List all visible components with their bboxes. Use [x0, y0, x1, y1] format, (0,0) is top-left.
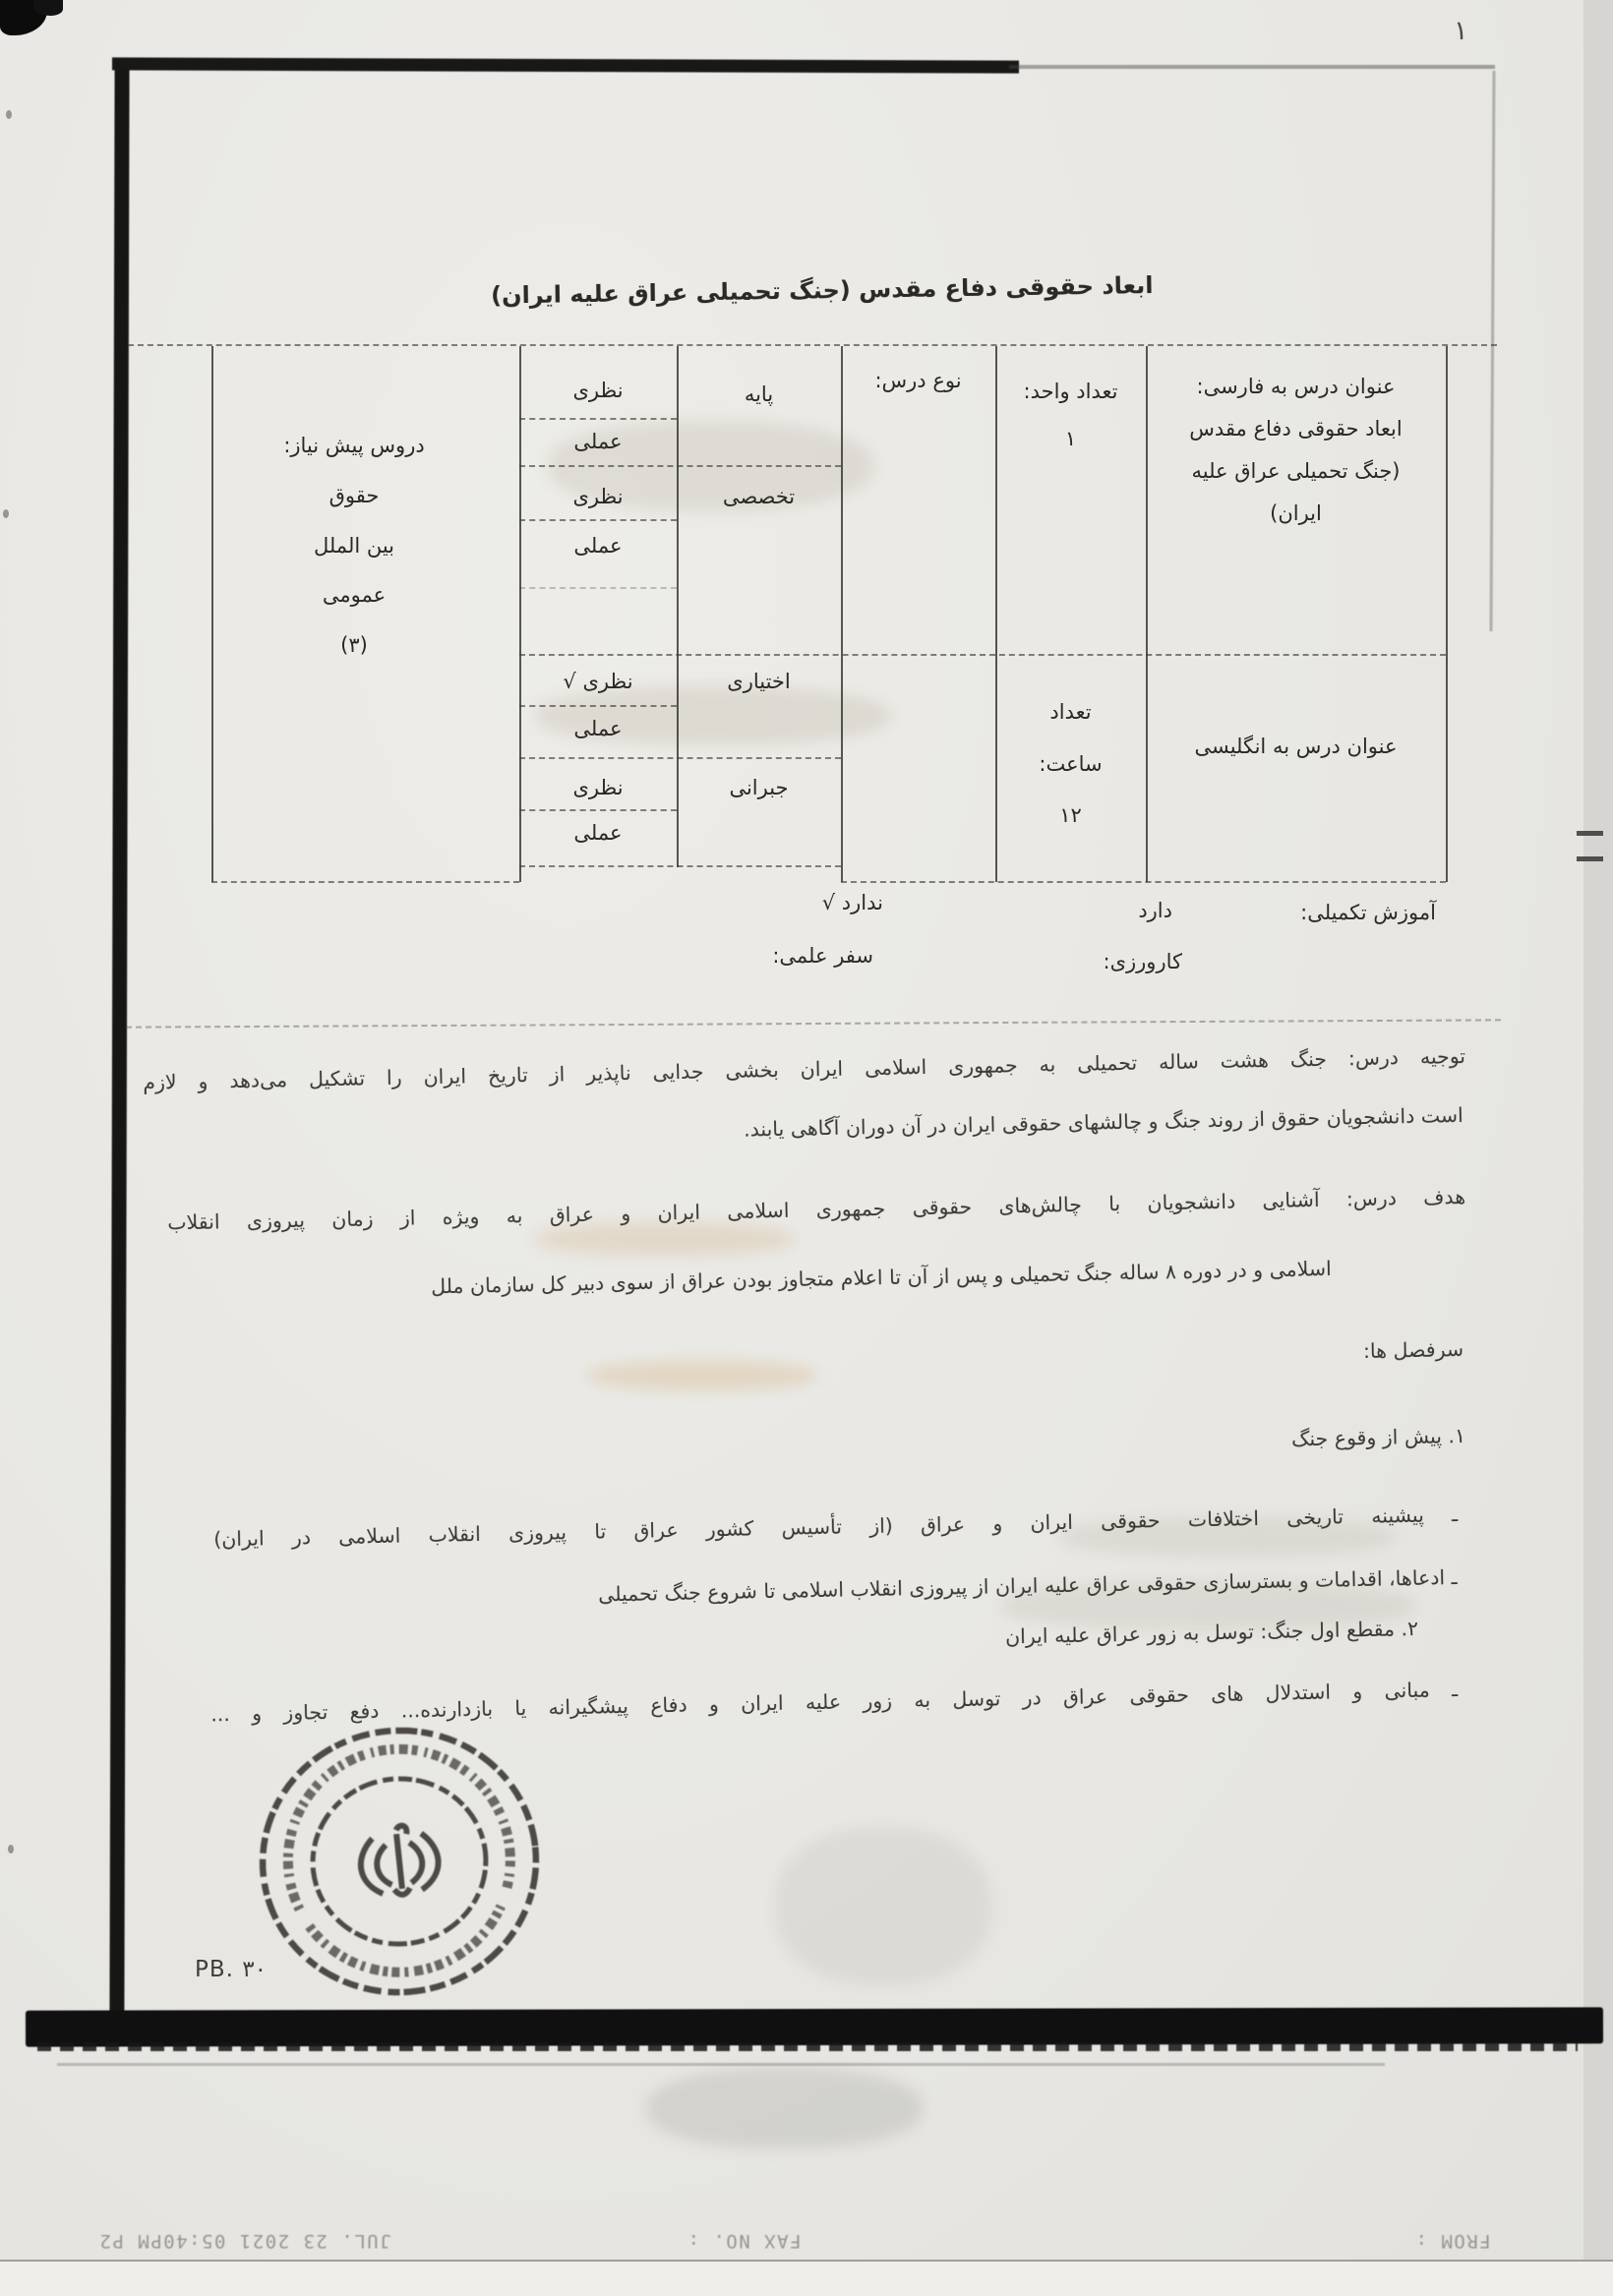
table-hline	[519, 465, 841, 467]
course-objective-line1: هدف درس: آشنایی دانشجویان با چالش‌های حق…	[167, 1185, 1465, 1234]
field-trip-label: سفر علمی:	[772, 944, 873, 968]
course-type-basic: پایه	[677, 382, 841, 409]
official-round-stamp	[238, 1704, 562, 2019]
fax-datetime-page: JUL. 23 2021 05:40PM P2	[98, 2230, 391, 2252]
table-hline	[519, 519, 677, 521]
scan-speck	[8, 1845, 14, 1854]
scanned-course-form-page: ۱ ابعاد حقوقی دفاع مقدس (جنگ تحمیلی عراق…	[0, 0, 1613, 2296]
supplementary-has: دارد	[1138, 899, 1172, 922]
table-hline	[519, 654, 1446, 656]
supplementary-has-not-checked: ندارد √	[822, 891, 883, 914]
mode-practical-1: عملی	[519, 429, 677, 456]
mode-practical-2: عملی	[519, 533, 677, 560]
mode-theory-2: نظری	[519, 484, 677, 511]
table-hline-bottom	[841, 881, 1446, 883]
bleed-through-stamp	[775, 1827, 991, 1986]
internship-label: کارورزی:	[1104, 950, 1182, 973]
fax-number-label: FAX NO. :	[687, 2230, 801, 2252]
stamp-ring-text-top	[277, 1738, 514, 1911]
scan-margin-marks	[1577, 831, 1603, 861]
scan-frame-top	[112, 57, 1019, 73]
scan-toner-band	[26, 2007, 1603, 2046]
table-hline	[519, 705, 677, 707]
table-hline	[519, 809, 677, 811]
mode-theory-4: نظری	[519, 775, 677, 802]
course-justification-line2: است دانشجویان حقوق از روند جنگ و چالشهای…	[744, 1103, 1464, 1142]
course-type-specialized: تخصصی	[677, 484, 841, 511]
scan-toner-band-ragged	[37, 2042, 1578, 2051]
prerequisites-cell: دروس پیش نیاز: حقوق بین الملل عمومی (۳)	[231, 421, 477, 671]
bleed-through-artifact	[647, 2068, 923, 2149]
table-vline	[841, 346, 843, 882]
bleed-through-artifact	[588, 1361, 816, 1390]
table-hline	[519, 865, 841, 867]
table-hline	[519, 587, 677, 589]
scan-separator-line	[126, 1019, 1501, 1028]
scan-frame-right	[1490, 71, 1496, 631]
table-hline	[519, 757, 841, 759]
pb-annotation: PB. ۳۰	[195, 1957, 267, 1982]
iran-emblem-icon	[357, 1822, 442, 1899]
table-vline	[1446, 346, 1448, 882]
page-title: ابعاد حقوقی دفاع مقدس (جنگ تحمیلی عراق ع…	[490, 271, 1153, 310]
scan-bottom-strip	[0, 2260, 1613, 2296]
mode-practical-4: عملی	[519, 820, 677, 848]
supplementary-education-label: آموزش تکمیلی:	[1300, 901, 1436, 924]
table-hline-top	[128, 344, 1497, 346]
chapter1-heading: ۱. پیش از وقوع جنگ	[1291, 1424, 1465, 1451]
units-cell: تعداد واحد: ۱	[995, 368, 1146, 463]
table-hline-bottom	[211, 881, 519, 883]
scan-speck	[3, 509, 9, 518]
course-objective-line2: اسلامی و در دوره ۸ ساله جنگ تحمیلی و پس …	[431, 1257, 1332, 1298]
english-course-title-cell: عنوان درس به انگلیسی	[1146, 734, 1446, 761]
handwritten-page-number: ۱	[1454, 16, 1468, 46]
bleed-through-artifact	[536, 1222, 794, 1256]
table-hline	[519, 418, 677, 420]
hours-cell: تعداد ساعت: ۱۲	[995, 686, 1146, 842]
scan-toner-band-echo	[57, 2063, 1385, 2066]
mode-theory-1: نظری	[519, 378, 677, 405]
course-type-remedial: جبرانی	[677, 775, 841, 802]
farsi-course-title-cell: عنوان درس به فارسی: ابعاد حقوقی دفاع مقد…	[1146, 366, 1446, 535]
mode-theory-3-checked: نظری √	[519, 669, 677, 696]
scan-frame-left	[109, 63, 129, 2014]
course-type-label-cell: نوع درس:	[841, 368, 995, 395]
fax-from-label: FROM :	[1414, 2230, 1491, 2252]
course-justification-line1: توجیه درس: جنگ هشت ساله تحمیلی به جمهوری…	[143, 1044, 1465, 1094]
table-vline	[211, 346, 213, 882]
scan-speck	[6, 110, 12, 119]
course-type-optional: اختیاری	[677, 669, 841, 696]
headings-label: سرفصل ها:	[1363, 1337, 1464, 1363]
scan-frame-top-faint	[1009, 65, 1495, 69]
scan-edge-band	[1583, 0, 1613, 2296]
mode-practical-3: عملی	[519, 716, 677, 743]
